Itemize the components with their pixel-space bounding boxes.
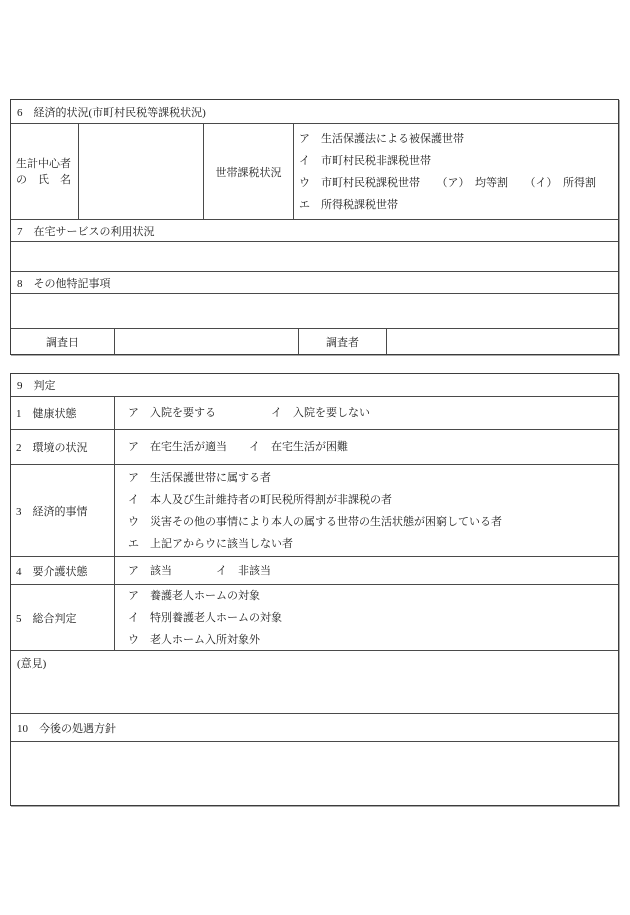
section7-header: 7 在宅サービスの利用状況: [11, 219, 618, 241]
tax-option-i: イ 市町村民税非課税世帯: [299, 150, 618, 172]
householder-name-label-line2: の 氏 名: [16, 172, 78, 188]
economic-option-u: ウ 災害その他の事情により本人の属する世帯の生活状態が困窮している者: [128, 511, 618, 533]
environment-label: 2 環境の状況: [11, 430, 114, 464]
assessment-form-page: { "colors": { "outer_border": "#3d3d3d",…: [0, 0, 630, 915]
judgment-row-economic: 3 経済的事情 ア 生活保護世帯に属する者 イ 本人及び生計維持者の町民税所得割…: [11, 464, 618, 556]
health-condition-options: ア 入院を要する イ 入院を要しない: [114, 397, 618, 429]
economic-option-e: エ 上記アからウに該当しない者: [128, 533, 618, 555]
section10-header: 10 今後の処遇方針: [11, 713, 618, 741]
tax-status-label: 世帯課税状況: [203, 124, 293, 219]
economic-option-a: ア 生活保護世帯に属する者: [128, 467, 618, 489]
householder-name-label-line1: 生計中心者: [16, 156, 78, 172]
economic-circumstances-options: ア 生活保護世帯に属する者 イ 本人及び生計維持者の町民税所得割が非課税の者 ウ…: [114, 465, 618, 556]
environment-options: ア 在宅生活が適当 イ 在宅生活が困難: [114, 430, 618, 464]
tax-option-u: ウ 市町村民税課税世帯 （ア） 均等割 （イ） 所得割: [299, 172, 618, 194]
surveyor-label: 調査者: [298, 329, 386, 354]
section6-main-row: 生計中心者 の 氏 名 世帯課税状況 ア 生活保護法による被保護世帯 イ 市町村…: [11, 123, 618, 219]
survey-row: 調査日 調査者: [11, 328, 618, 354]
opinion-label: (意見): [17, 655, 612, 671]
judgment-row-overall: 5 総合判定 ア 養護老人ホームの対象 イ 特別養護老人ホームの対象 ウ 老人ホ…: [11, 584, 618, 650]
section8-header: 8 その他特記事項: [11, 271, 618, 293]
health-options-line: ア 入院を要する イ 入院を要しない: [128, 402, 618, 424]
overall-judgment-label: 5 総合判定: [11, 585, 114, 650]
survey-date-label: 調査日: [11, 329, 114, 354]
environment-options-line: ア 在宅生活が適当 イ 在宅生活が困難: [128, 436, 618, 458]
judgment-row-environment: 2 環境の状況 ア 在宅生活が適当 イ 在宅生活が困難: [11, 429, 618, 464]
survey-date-field[interactable]: [114, 329, 298, 354]
householder-name-field[interactable]: [78, 124, 203, 219]
section7-title: 7 在宅サービスの利用状況: [17, 223, 155, 239]
section10-title: 10 今後の処遇方針: [17, 720, 116, 736]
treatment-policy-field[interactable]: [11, 741, 618, 805]
tax-option-a: ア 生活保護法による被保護世帯: [299, 128, 618, 150]
home-service-usage-field[interactable]: [11, 241, 618, 271]
householder-name-label: 生計中心者 の 氏 名: [11, 124, 78, 219]
section6-title: 6 経済的状況(市町村民税等課税状況): [17, 104, 206, 120]
overall-option-a: ア 養護老人ホームの対象: [128, 585, 618, 607]
judgment-table: 9 判定 1 健康状態 ア 入院を要する イ 入院を要しない 2 環境の状況 ア…: [10, 373, 619, 806]
economic-option-i: イ 本人及び生計維持者の町民税所得割が非課税の者: [128, 489, 618, 511]
surveyor-field[interactable]: [386, 329, 618, 354]
overall-judgment-options: ア 養護老人ホームの対象 イ 特別養護老人ホームの対象 ウ 老人ホーム入所対象外: [114, 585, 618, 650]
tax-option-e: エ 所得税課税世帯: [299, 194, 618, 216]
judgment-row-care-need: 4 要介護状態 ア 該当 イ 非該当: [11, 556, 618, 584]
judgment-row-health: 1 健康状態 ア 入院を要する イ 入院を要しない: [11, 396, 618, 429]
economic-circumstances-label: 3 経済的事情: [11, 465, 114, 556]
economic-status-table: 6 経済的状況(市町村民税等課税状況) 生計中心者 の 氏 名 世帯課税状況 ア…: [10, 99, 619, 355]
health-condition-label: 1 健康状態: [11, 397, 114, 429]
section9-title: 9 判定: [17, 377, 56, 393]
special-notes-field[interactable]: [11, 293, 618, 328]
opinion-area[interactable]: (意見): [11, 650, 618, 713]
section6-header: 6 経済的状況(市町村民税等課税状況): [11, 100, 618, 123]
section9-header: 9 判定: [11, 374, 618, 396]
care-need-options-line: ア 該当 イ 非該当: [128, 560, 618, 582]
care-need-label: 4 要介護状態: [11, 557, 114, 584]
tax-status-options: ア 生活保護法による被保護世帯 イ 市町村民税非課税世帯 ウ 市町村民税課税世帯…: [293, 124, 618, 219]
overall-option-i: イ 特別養護老人ホームの対象: [128, 607, 618, 629]
care-need-options: ア 該当 イ 非該当: [114, 557, 618, 584]
overall-option-u: ウ 老人ホーム入所対象外: [128, 629, 618, 651]
section8-title: 8 その他特記事項: [17, 275, 111, 291]
